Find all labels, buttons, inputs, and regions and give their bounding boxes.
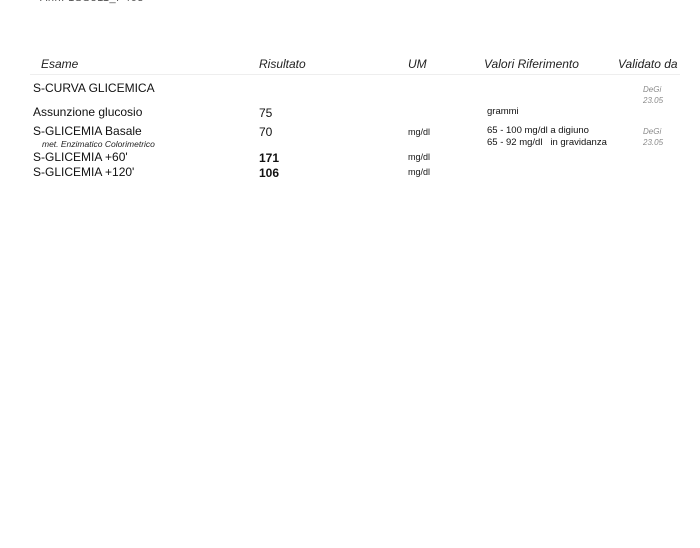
reference-value: 65 - 92 mg/dl in gravidanza: [487, 137, 607, 148]
header-divider: [30, 74, 680, 75]
exam-name: Assunzione glucosio: [33, 105, 142, 119]
validation-time: 23.05: [643, 138, 663, 149]
exam-result: 171: [259, 151, 279, 165]
reference-value: grammi: [487, 106, 519, 117]
exam-name: S-GLICEMIA +60': [33, 150, 128, 164]
column-header-validato-da: Validato da: [618, 57, 678, 71]
validated-by: DeGi 23.05: [643, 127, 663, 148]
validation-time: 23.05: [643, 96, 663, 107]
exam-result: 75: [259, 106, 272, 120]
validated-by: DeGi 23.05: [643, 85, 663, 106]
column-header-risultato: Risultato: [259, 57, 306, 71]
exam-result: 106: [259, 166, 279, 180]
exam-result: 70: [259, 125, 272, 139]
validator-user: DeGi: [643, 85, 663, 96]
reference-value: 65 - 100 mg/dl a digiuno: [487, 125, 589, 136]
exam-name: S-GLICEMIA +120': [33, 165, 134, 179]
column-header-um: UM: [408, 57, 427, 71]
clipped-header-text: Ann. 1SS311_P463: [40, 0, 144, 4]
validator-user: DeGi: [643, 127, 663, 138]
exam-name: S-GLICEMIA Basale: [33, 124, 142, 138]
unit: mg/dl: [408, 167, 430, 177]
column-header-valori-riferimento: Valori Riferimento: [484, 57, 579, 71]
exam-method: met. Enzimatico Colorimetrico: [42, 139, 155, 149]
exam-name: S-CURVA GLICEMICA: [33, 81, 155, 95]
unit: mg/dl: [408, 152, 430, 162]
unit: mg/dl: [408, 127, 430, 137]
column-header-esame: Esame: [41, 57, 78, 71]
